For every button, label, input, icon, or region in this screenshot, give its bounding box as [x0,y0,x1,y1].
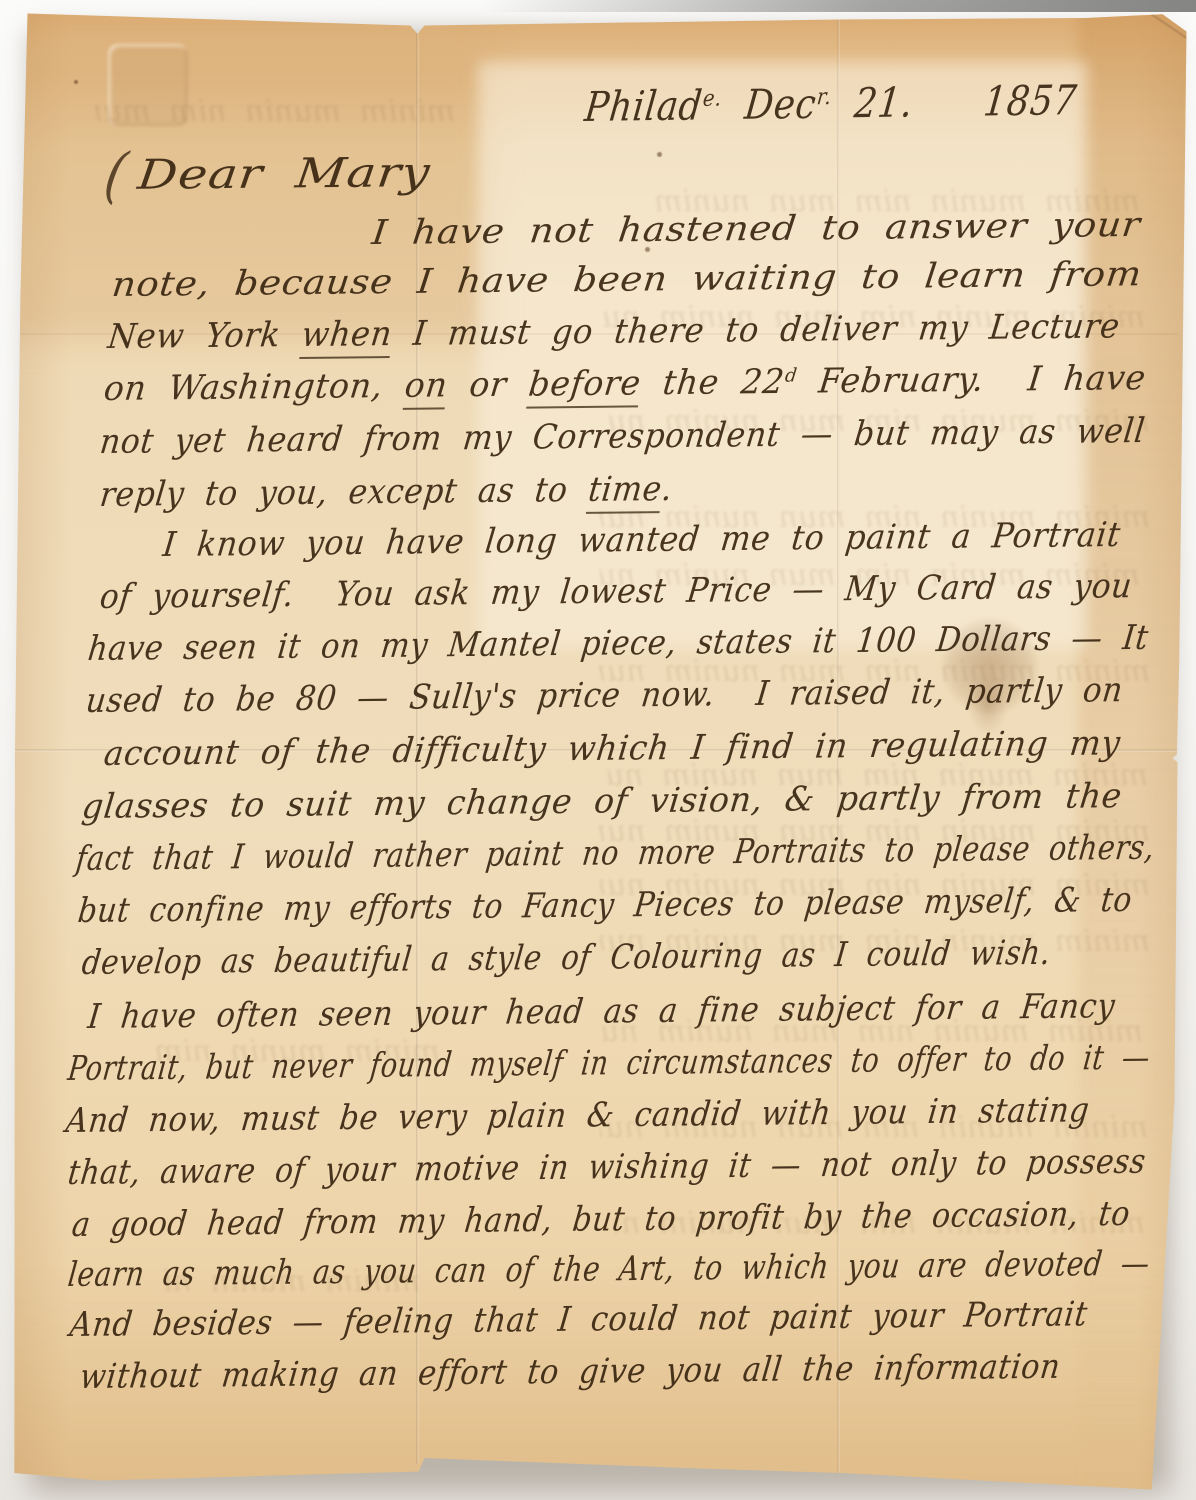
letter-line: on Washington, on or before the 22d Febr… [102,361,1148,408]
letter-line: glasses to suit my change of vision, & p… [80,779,1124,826]
letter-text: reply to you, except as to [98,470,591,515]
letter-line: New York when I must go there to deliver… [106,309,1122,355]
letter-text: learn as much as you can of the Art, to … [66,1244,1152,1295]
letter-line: note, because I have been waiting to lea… [110,257,1144,304]
backdrop-top-edge [480,0,1196,12]
photo-backdrop: minim munin nim mun nunim num mini munim… [0,0,1196,1500]
letter-text: I have often seen your head as a fine su… [86,986,1117,1037]
letter-text: And now, must be very plain & candid wit… [64,1090,1092,1141]
letter-line: And besides — feeling that I could not p… [68,1297,1089,1343]
letter-text: Philad [582,81,704,131]
letter-line: I have often seen your head as a fine su… [86,989,1117,1035]
letter-line: of yourself. You ask my lowest Price — M… [98,569,1134,616]
letter-text: 1857 [910,76,1079,126]
letter-line: learn as much as you can of the Art, to … [66,1247,1152,1294]
letter-text: Dear Mary [135,148,433,199]
letter-line: I know you have long wanted me to paint … [161,518,1122,564]
letter-line: a good head from my hand, but to profit … [70,1197,1132,1244]
letter-line: but confine my efforts to Fancy Pieces t… [76,883,1134,930]
letter-text: on [402,365,449,409]
dateline: Philade. Decr. 21. 1857 [583,79,1079,129]
letter-text: 21. [828,78,915,127]
letter-line: without making an effort to give you all… [78,1350,1062,1396]
letter-text: the 22 [639,362,787,404]
letter-text: before [526,363,643,408]
letter-text: note, because I have been waiting to lea… [110,254,1144,305]
letter-text: of yourself. You ask my lowest Price — M… [98,566,1134,617]
letter-text: New York [106,315,304,357]
letter-line: Portrait, but never found myself in circ… [66,1041,1152,1088]
letter-line: fact that I would rather paint no more P… [74,831,1156,878]
letter-line: account of the difficulty which I find i… [102,726,1122,772]
letter-text: have seen it on my Mantel piece, states … [86,618,1151,669]
letter-text: account of the difficulty which I find i… [102,723,1123,774]
letter-text: not yet heard from my Correspondent — bu… [98,411,1147,462]
letter-text: February. I have [795,358,1148,402]
letter-line: And now, must be very plain & candid wit… [64,1093,1091,1139]
letter-text: or [445,365,531,406]
letter-text: develop as beautiful a style of Colourin… [80,933,1053,983]
letter-line: develop as beautiful a style of Colourin… [80,936,1052,982]
letter-line: have seen it on my Mantel piece, states … [86,621,1150,668]
letter-text: used to be 80 — Sully's price now. I rai… [84,670,1125,721]
letter-text: ( [100,142,132,209]
salutation: (Dear Mary [104,151,433,197]
letter-text: without making an effort to give you all… [78,1347,1063,1397]
letter-text: fact that I would rather paint no more P… [74,828,1157,879]
letter-text: a good head from my hand, but to profit … [70,1194,1133,1245]
letter-text: And besides — feeling that I could not p… [68,1294,1090,1345]
letter-text: that, aware of your motive in wishing it… [66,1142,1148,1193]
letter-text: time [586,469,664,514]
letter-text: on Washington, [102,366,407,409]
letter-line: that, aware of your motive in wishing it… [66,1145,1148,1192]
letter-text: Portrait, but never found myself in circ… [66,1038,1152,1089]
letter-text: glasses to suit my change of vision, & p… [80,776,1124,827]
letter-sheet: minim munin nim mun nunim num mini munim… [0,0,1196,1500]
letter-text: when [299,314,394,359]
letter-line: reply to you, except as to time. [98,472,674,514]
letter-text: I have not hastened to answer your [370,205,1143,253]
letter-line: not yet heard from my Correspondent — bu… [98,414,1147,461]
letter-line: used to be 80 — Sully's price now. I rai… [84,673,1125,720]
letter-text: I know you have long wanted me to paint … [161,515,1123,565]
letter-text: Dec [719,80,819,129]
letter-line: I have not hastened to answer your [370,208,1142,252]
letter-text: I must go there to deliver my Lecture [390,306,1122,354]
letter-text: but confine my efforts to Fancy Pieces t… [76,880,1134,931]
handwriting-layer: Philade. Decr. 21. 1857(Dear MaryI have … [0,0,1196,1500]
